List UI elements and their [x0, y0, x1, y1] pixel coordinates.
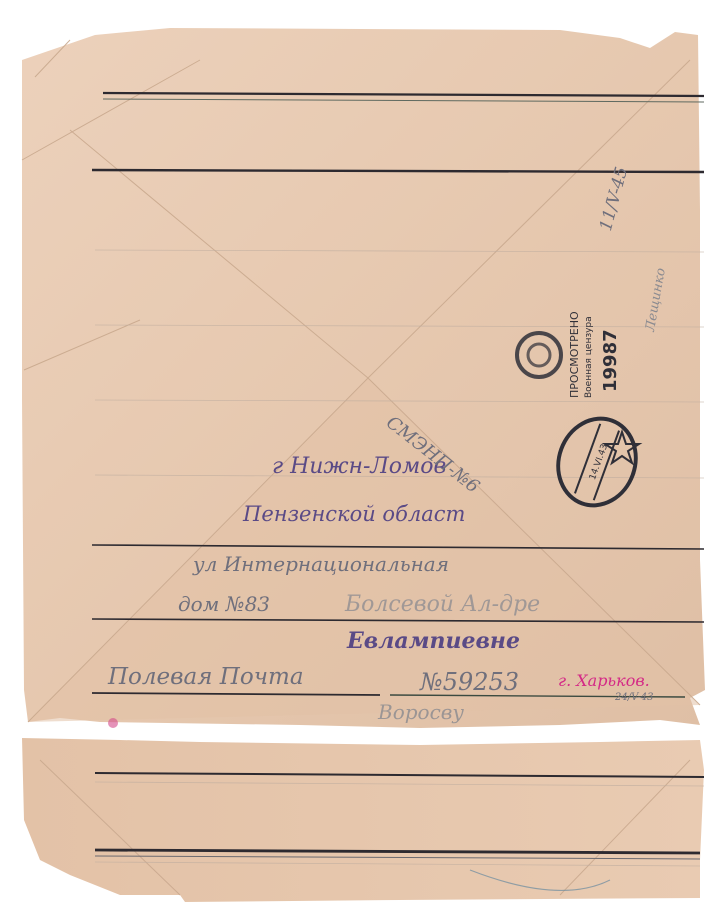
censor-stamp-header: ПРОСМОТРЕНО: [568, 311, 581, 398]
address-region: Пензенской област: [243, 502, 465, 526]
address-street: ул Интернациональная: [193, 552, 449, 576]
censor-number: 19987: [600, 329, 621, 392]
recipient-patronymic: Евлампиевне: [347, 628, 520, 654]
recipient-surname: Болсевой Ал-дре: [345, 592, 540, 617]
date-note: 24/V-43: [615, 692, 654, 703]
field-post-label: Полевая Почта: [108, 664, 304, 690]
destination-note: г. Харьков.: [558, 671, 650, 690]
lower-sheet: [22, 738, 704, 902]
letter-scan: г Нижн-Ломов Пензенской област ул Интерн…: [0, 0, 708, 911]
address-house: дом №83: [178, 592, 270, 616]
field-post-number: №59253: [420, 668, 519, 696]
censor-stamp-subtitle: Военная цензура: [584, 316, 594, 398]
sender-name: Воросву: [378, 700, 464, 724]
